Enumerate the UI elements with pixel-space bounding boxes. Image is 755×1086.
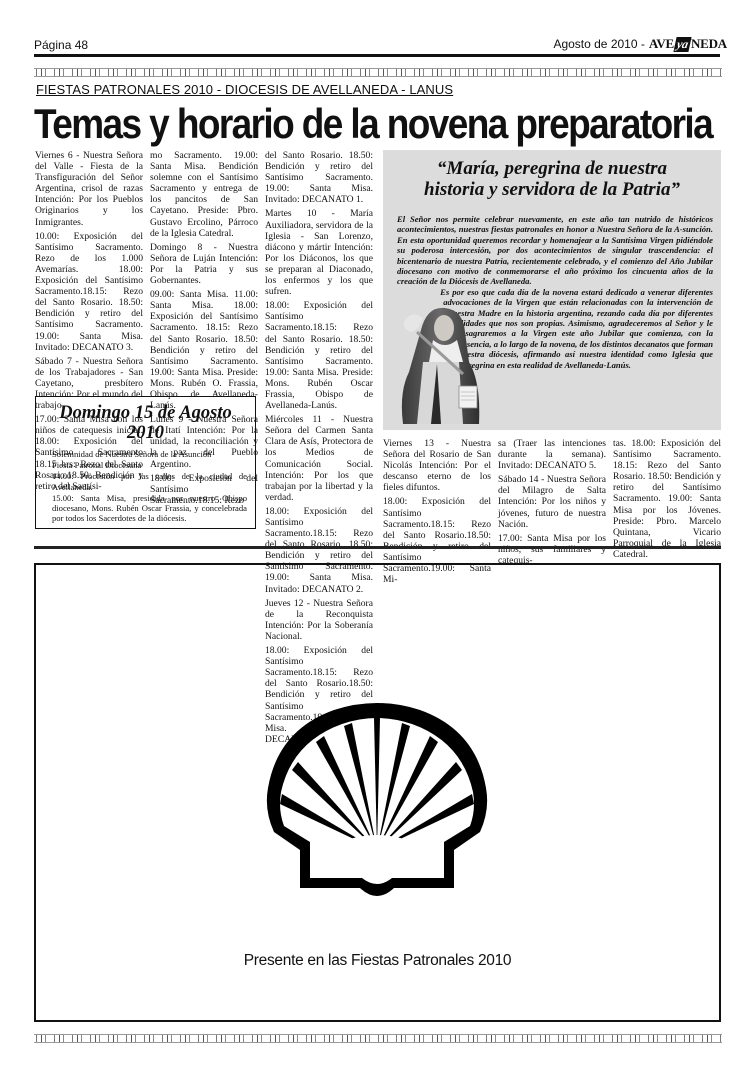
domingo-line: Fiesta Patronal Diocesana — [52, 460, 247, 470]
headline: Temas y horario de la novena preparatori… — [34, 100, 724, 149]
decorative-border-bottom — [34, 1034, 722, 1043]
paragraph: 18.00: Exposición del Santísimo Sacramen… — [265, 300, 373, 411]
newspaper-logo: AVE ya NEDA — [649, 36, 727, 52]
paragraph: tas. 18.00: Exposición del Santísimo Sac… — [613, 438, 721, 560]
domingo-body: Solemnidad de Nuestra Señora de la Asunc… — [52, 449, 247, 524]
advertisement-box: Presente en las Fiestas Patronales 2010 — [34, 563, 721, 1022]
quote-box: “María, peregrina de nuestra historia y … — [383, 150, 721, 430]
header-date-logo: Agosto de 2010 - AVE ya NEDA — [553, 36, 727, 52]
quote-paragraph-1: El Señor nos permite celebrar nuevamente… — [397, 214, 713, 287]
paragraph: 17.00: Santa Misa por los niños, sus fam… — [498, 533, 606, 566]
paragraph: mo Sacramento. 19.00: Santa Misa. Bendic… — [150, 150, 258, 239]
domingo-title-line-1: Domingo 15 de Agosto — [36, 403, 255, 423]
quote-title: “María, peregrina de nuestra historia y … — [383, 158, 721, 200]
header-rule — [34, 54, 720, 57]
issue-date: Agosto de 2010 - — [553, 37, 644, 51]
domingo-line: 14.00: Procesión por las calles de la ci… — [52, 471, 247, 491]
page-number: Página 48 — [34, 38, 88, 52]
paragraph: Martes 10 - María Auxiliadora, servidora… — [265, 208, 373, 297]
saint-statue-image — [393, 302, 485, 424]
logo-part-middle: ya — [673, 37, 691, 52]
article-column-5: sa (Traer las intenciones durante la sem… — [498, 438, 606, 569]
domingo-title: Domingo 15 de Agosto 2010 — [36, 403, 255, 443]
domingo-line: 15.00: Santa Misa, presidida por nuestro… — [52, 493, 247, 524]
paragraph: del Santo Rosario. 18.50: Bendición y re… — [265, 150, 373, 205]
paragraph: Sábado 14 - Nuestra Señora del Milagro d… — [498, 474, 606, 529]
logo-part-left: AVE — [649, 36, 674, 52]
domingo-line: Solemnidad de Nuestra Señora de la Asunc… — [52, 449, 247, 459]
decorative-border-top — [34, 68, 722, 77]
domingo-15-box: Domingo 15 de Agosto 2010 Solemnidad de … — [35, 396, 256, 529]
paragraph: Miércoles 11 - Nuestra Señora del Carmen… — [265, 414, 373, 503]
paragraph: 10.00: Exposición del Santísimo Sacramen… — [35, 231, 143, 353]
paragraph: sa (Traer las intenciones durante la sem… — [498, 438, 606, 471]
section-divider — [34, 546, 721, 549]
paragraph: Viernes 13 - Nuestra Señora del Rosario … — [383, 438, 491, 493]
paragraph: Domingo 8 - Nuestra Señora de Luján Inte… — [150, 242, 258, 286]
shell-logo-icon — [264, 700, 490, 902]
logo-part-right: NEDA — [691, 36, 727, 52]
article-column-6: tas. 18.00: Exposición del Santísimo Sac… — [613, 438, 721, 563]
paragraph: Viernes 6 - Nuestra Señora del Valle - F… — [35, 150, 143, 228]
section-label: FIESTAS PATRONALES 2010 - DIOCESIS DE AV… — [36, 82, 453, 97]
advertisement-caption: Presente en las Fiestas Patronales 2010 — [36, 952, 719, 970]
quote-title-line-1: “María, peregrina de nuestra — [383, 158, 721, 179]
quote-title-line-2: historia y servidora de la Patria” — [383, 179, 721, 200]
domingo-title-line-2: 2010 — [36, 423, 255, 443]
paragraph: 09.00: Santa Misa. 11.00: Santa Misa. 18… — [150, 289, 258, 411]
